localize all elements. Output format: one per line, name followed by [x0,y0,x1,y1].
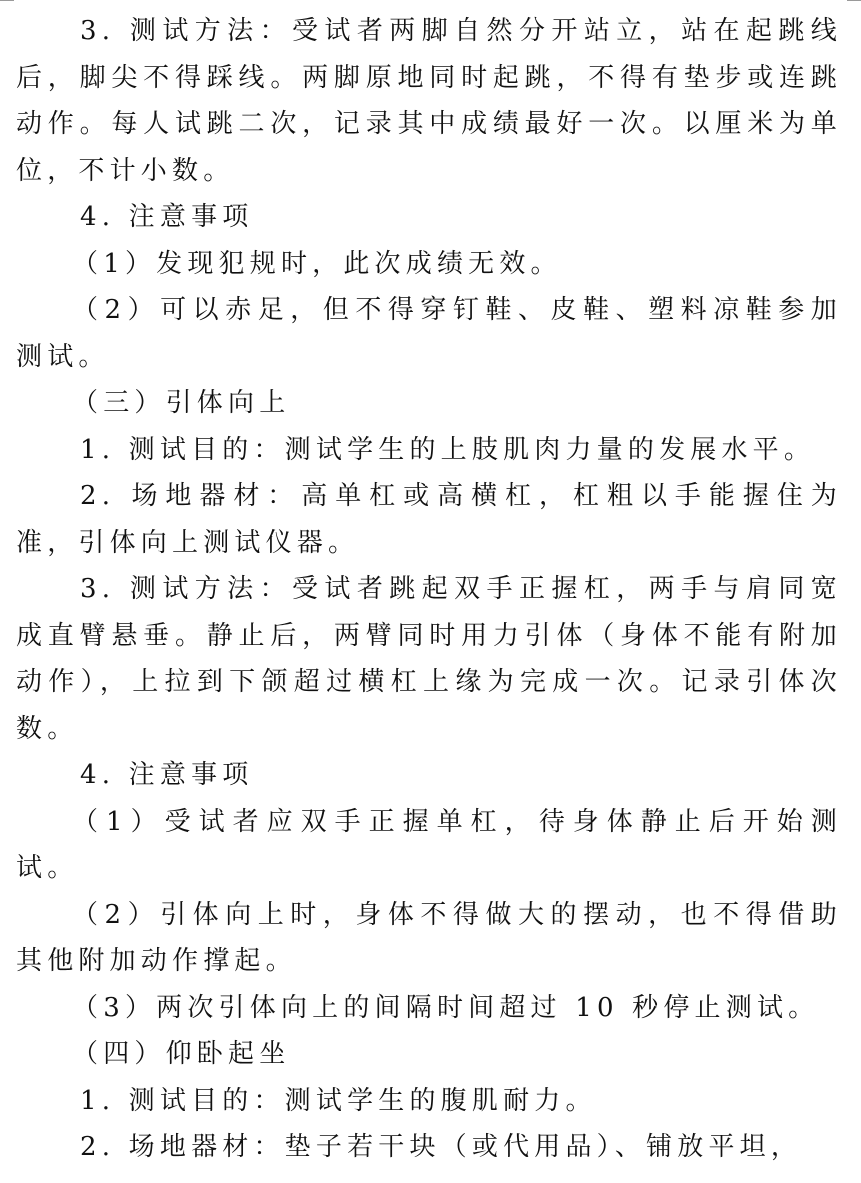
paragraph-long-jump-method: 3. 测试方法：受试者两脚自然分开站立，站在起跳线后，脚尖不得踩线。两脚原地同时… [16,8,842,194]
page-corner-mark-right [847,0,861,1]
page-corner-mark-left [0,0,14,1]
document-page: 3. 测试方法：受试者两脚自然分开站立，站在起跳线后，脚尖不得踩线。两脚原地同时… [16,8,842,1171]
paragraph-sit-ups-equipment: 2. 场地器材：垫子若干块（或代用品）、铺放平坦， [16,1124,842,1171]
section-heading-sit-ups: （四）仰卧起坐 [16,1031,842,1078]
paragraph-pull-ups-equipment: 2. 场地器材：高单杠或高横杠，杠粗以手能握住为准，引体向上测试仪器。 [16,473,842,566]
paragraph-long-jump-notes-heading: 4. 注意事项 [16,194,842,241]
paragraph-pull-ups-method: 3. 测试方法：受试者跳起双手正握杠，两手与肩同宽成直臂悬垂。静止后，两臂同时用… [16,566,842,752]
paragraph-long-jump-note-1: （1）发现犯规时，此次成绩无效。 [16,241,842,288]
paragraph-sit-ups-purpose: 1. 测试目的：测试学生的腹肌耐力。 [16,1078,842,1125]
paragraph-pull-ups-notes-heading: 4. 注意事项 [16,752,842,799]
paragraph-long-jump-note-2: （2）可以赤足，但不得穿钉鞋、皮鞋、塑料凉鞋参加测试。 [16,287,842,380]
paragraph-pull-ups-note-2: （2）引体向上时，身体不得做大的摆动，也不得借助其他附加动作撑起。 [16,892,842,985]
paragraph-pull-ups-note-1: （1）受试者应双手正握单杠，待身体静止后开始测试。 [16,799,842,892]
section-heading-pull-ups: （三）引体向上 [16,380,842,427]
paragraph-pull-ups-note-3: （3）两次引体向上的间隔时间超过 10 秒停止测试。 [16,985,842,1032]
paragraph-pull-ups-purpose: 1. 测试目的：测试学生的上肢肌肉力量的发展水平。 [16,427,842,474]
